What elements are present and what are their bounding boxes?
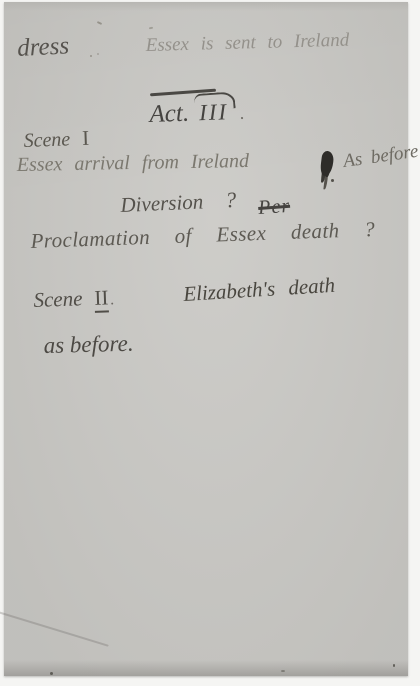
- act-word: Act.: [149, 100, 189, 128]
- act-numeral: III: [199, 99, 229, 125]
- costume-note: dress: [17, 32, 70, 62]
- scene-2-period: .: [110, 291, 115, 308]
- dust-speck: [50, 672, 53, 675]
- paper-edge-shadow: [4, 660, 408, 676]
- act-heading: Act.III.: [149, 98, 245, 129]
- paper-crease: [0, 611, 109, 647]
- diversion-word: Diversion: [120, 189, 204, 217]
- dust-speck: [393, 664, 395, 667]
- as-before-note: As before: [342, 142, 420, 173]
- stray-pencil-mark: [149, 27, 153, 30]
- struck-word: Per: [257, 195, 290, 219]
- paper-top-edge-shading: [4, 2, 408, 11]
- diversion-line: Diversion?: [120, 188, 237, 217]
- dust-speck: [281, 670, 285, 672]
- manuscript-page: dress Essex is sent to Ireland Act.III. …: [4, 2, 408, 676]
- scene-1-summary: Essex arrival from Ireland: [17, 150, 250, 176]
- ink-blot: [320, 150, 335, 176]
- scene-2-heading: SceneII.: [33, 286, 115, 315]
- stray-pencil-mark: [90, 55, 92, 57]
- scene-2-word: Scene: [33, 286, 83, 312]
- scene-1-numeral: I: [82, 127, 90, 150]
- scene-2-summary: Elizabeth's death: [183, 274, 336, 306]
- stray-pencil-mark: [97, 21, 102, 25]
- stray-pencil-mark: [97, 53, 99, 55]
- proclamation-line: Proclamation of Essex death ?: [30, 218, 375, 253]
- question-mark: ?: [225, 188, 237, 213]
- scene-2-numeral: II: [94, 286, 109, 313]
- act-period: .: [240, 103, 245, 123]
- photo-frame: dress Essex is sent to Ireland Act.III. …: [0, 0, 420, 686]
- closing-note: as before.: [43, 331, 133, 359]
- heading-note: Essex is sent to Ireland: [145, 31, 349, 57]
- ink-blot-dot: [331, 179, 334, 182]
- scene-1-word: Scene: [23, 128, 70, 152]
- scene-1-heading: SceneI: [23, 127, 89, 152]
- numeral-arc: [193, 91, 235, 111]
